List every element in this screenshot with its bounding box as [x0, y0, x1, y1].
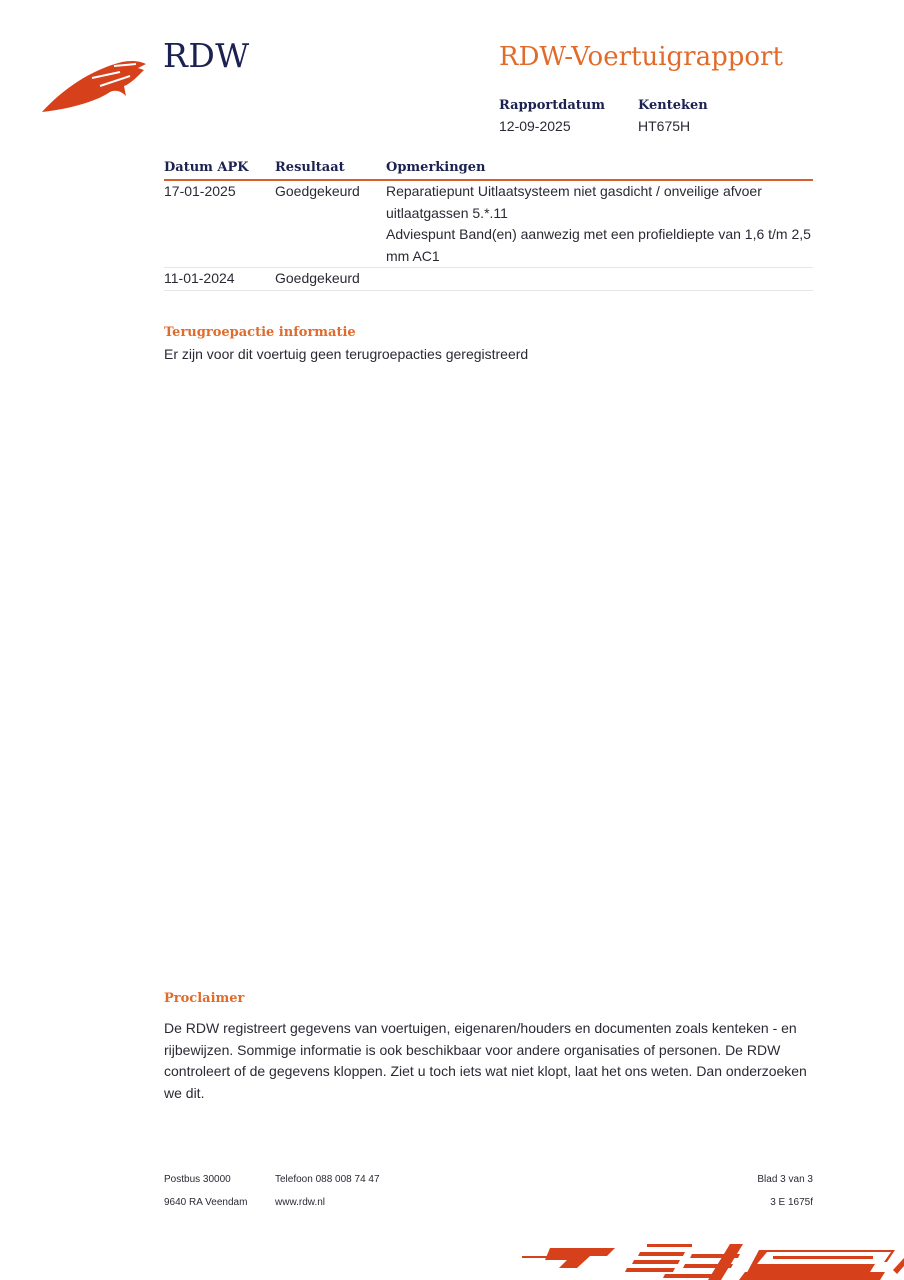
rdw-decorative-stripes-icon: [515, 1242, 904, 1280]
footer-doc-code: 3 E 1675f: [770, 1197, 813, 1208]
table-row: 11-01-2024 Goedgekeurd: [164, 268, 813, 291]
table-row: 17-01-2025 Goedgekeurd Reparatiepunt Uit…: [164, 181, 813, 268]
apk-result: Goedgekeurd: [275, 181, 386, 267]
apk-history-table: Datum APK Resultaat Opmerkingen 17-01-20…: [164, 158, 813, 291]
report-title: RDW-Voertuigrapport: [499, 42, 783, 72]
plate-label: Kenteken: [638, 98, 708, 113]
remark-item: Adviespunt Band(en) aanwezig met een pro…: [386, 224, 813, 267]
footer-address-line1: Postbus 30000: [164, 1174, 231, 1185]
recall-text: Er zijn voor dit voertuig geen terugroep…: [164, 346, 528, 362]
column-header-date: Datum APK: [164, 158, 275, 179]
footer-page-number: Blad 3 van 3: [757, 1174, 813, 1185]
recall-section-title: Terugroepactie informatie: [164, 325, 356, 340]
plate-value: HT675H: [638, 118, 690, 134]
apk-remarks: Reparatiepunt Uitlaatsysteem niet gasdic…: [386, 181, 813, 267]
apk-date: 17-01-2025: [164, 181, 275, 267]
footer-phone: Telefoon 088 008 74 47: [275, 1174, 380, 1185]
proclaimer-text: De RDW registreert gegevens van voertuig…: [164, 1018, 814, 1104]
rdw-logo-text: RDW: [163, 36, 250, 75]
remark-item: Reparatiepunt Uitlaatsysteem niet gasdic…: [386, 181, 813, 224]
column-header-remarks: Opmerkingen: [386, 158, 813, 179]
proclaimer-title: Proclaimer: [164, 991, 244, 1006]
report-date-value: 12-09-2025: [499, 118, 571, 134]
column-header-result: Resultaat: [275, 158, 386, 179]
footer-website-link[interactable]: www.rdw.nl: [275, 1197, 325, 1208]
apk-result: Goedgekeurd: [275, 268, 386, 290]
footer-address-line2: 9640 RA Veendam: [164, 1197, 247, 1208]
apk-remarks: [386, 268, 813, 290]
rdw-feather-logo-icon: [40, 56, 148, 116]
report-date-label: Rapportdatum: [499, 98, 605, 113]
table-header: Datum APK Resultaat Opmerkingen: [164, 158, 813, 181]
apk-date: 11-01-2024: [164, 268, 275, 290]
